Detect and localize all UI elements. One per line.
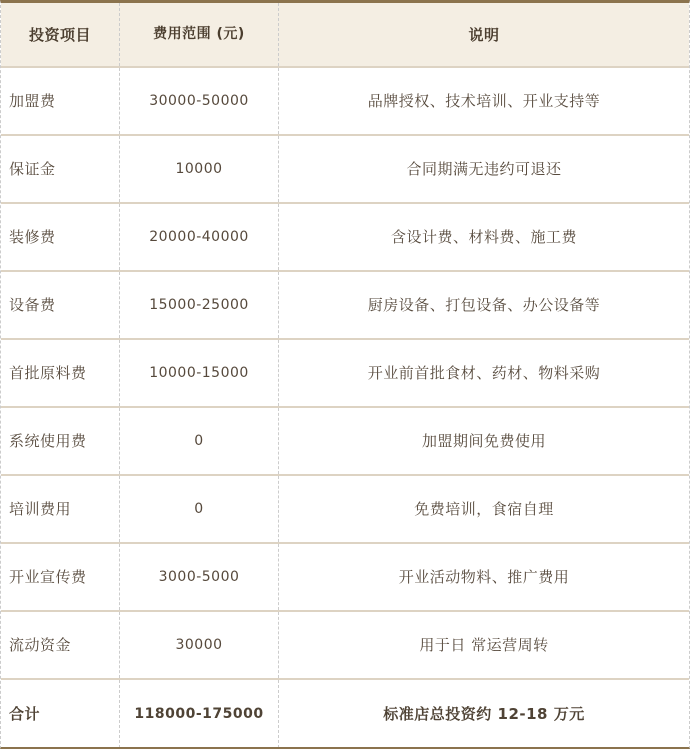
header-cell-range: 费用范围 (元) bbox=[120, 3, 279, 66]
table-row: 装修费 20000-40000 含设计费、材料费、施工费 bbox=[1, 204, 689, 272]
note-cell: 加盟期间免费使用 bbox=[279, 408, 689, 474]
item-cell: 装修费 bbox=[1, 204, 120, 270]
table-body: 加盟费 30000-50000 品牌授权、技术培训、开业支持等 保证金 1000… bbox=[1, 68, 689, 748]
table-row: 培训费用 0 免费培训，食宿自理 bbox=[1, 476, 689, 544]
range-cell: 118000-175000 bbox=[120, 680, 279, 748]
range-cell: 10000-15000 bbox=[120, 340, 279, 406]
range-cell: 20000-40000 bbox=[120, 204, 279, 270]
investment-fee-table: 投资项目 费用范围 (元) 说明 加盟费 30000-50000 品牌授权、技术… bbox=[0, 0, 690, 749]
note-cell: 开业活动物料、推广费用 bbox=[279, 544, 689, 610]
table-row: 设备费 15000-25000 厨房设备、打包设备、办公设备等 bbox=[1, 272, 689, 340]
range-cell: 0 bbox=[120, 476, 279, 542]
item-cell: 保证金 bbox=[1, 136, 120, 202]
table-row: 保证金 10000 合同期满无违约可退还 bbox=[1, 136, 689, 204]
range-cell: 15000-25000 bbox=[120, 272, 279, 338]
range-cell: 0 bbox=[120, 408, 279, 474]
header-cell-item: 投资项目 bbox=[1, 3, 120, 66]
table-row: 开业宣传费 3000-5000 开业活动物料、推广费用 bbox=[1, 544, 689, 612]
note-cell: 合同期满无违约可退还 bbox=[279, 136, 689, 202]
item-cell: 首批原料费 bbox=[1, 340, 120, 406]
item-cell: 合计 bbox=[1, 680, 120, 748]
item-cell: 设备费 bbox=[1, 272, 120, 338]
note-cell: 品牌授权、技术培训、开业支持等 bbox=[279, 68, 689, 134]
range-cell: 10000 bbox=[120, 136, 279, 202]
header-cell-note: 说明 bbox=[279, 3, 689, 66]
item-cell: 开业宣传费 bbox=[1, 544, 120, 610]
table-row: 合计 118000-175000 标准店总投资约 12-18 万元 bbox=[1, 680, 689, 748]
item-cell: 流动资金 bbox=[1, 612, 120, 678]
item-cell: 加盟费 bbox=[1, 68, 120, 134]
table-row: 流动资金 30000 用于日 常运营周转 bbox=[1, 612, 689, 680]
note-cell: 厨房设备、打包设备、办公设备等 bbox=[279, 272, 689, 338]
note-cell: 含设计费、材料费、施工费 bbox=[279, 204, 689, 270]
item-cell: 系统使用费 bbox=[1, 408, 120, 474]
note-cell: 开业前首批食材、药材、物料采购 bbox=[279, 340, 689, 406]
note-cell: 免费培训，食宿自理 bbox=[279, 476, 689, 542]
note-cell: 用于日 常运营周转 bbox=[279, 612, 689, 678]
range-cell: 3000-5000 bbox=[120, 544, 279, 610]
note-cell: 标准店总投资约 12-18 万元 bbox=[279, 680, 689, 748]
table-header-row: 投资项目 费用范围 (元) 说明 bbox=[1, 3, 689, 68]
item-cell: 培训费用 bbox=[1, 476, 120, 542]
table-row: 加盟费 30000-50000 品牌授权、技术培训、开业支持等 bbox=[1, 68, 689, 136]
table-row: 首批原料费 10000-15000 开业前首批食材、药材、物料采购 bbox=[1, 340, 689, 408]
range-cell: 30000-50000 bbox=[120, 68, 279, 134]
range-cell: 30000 bbox=[120, 612, 279, 678]
table-row: 系统使用费 0 加盟期间免费使用 bbox=[1, 408, 689, 476]
